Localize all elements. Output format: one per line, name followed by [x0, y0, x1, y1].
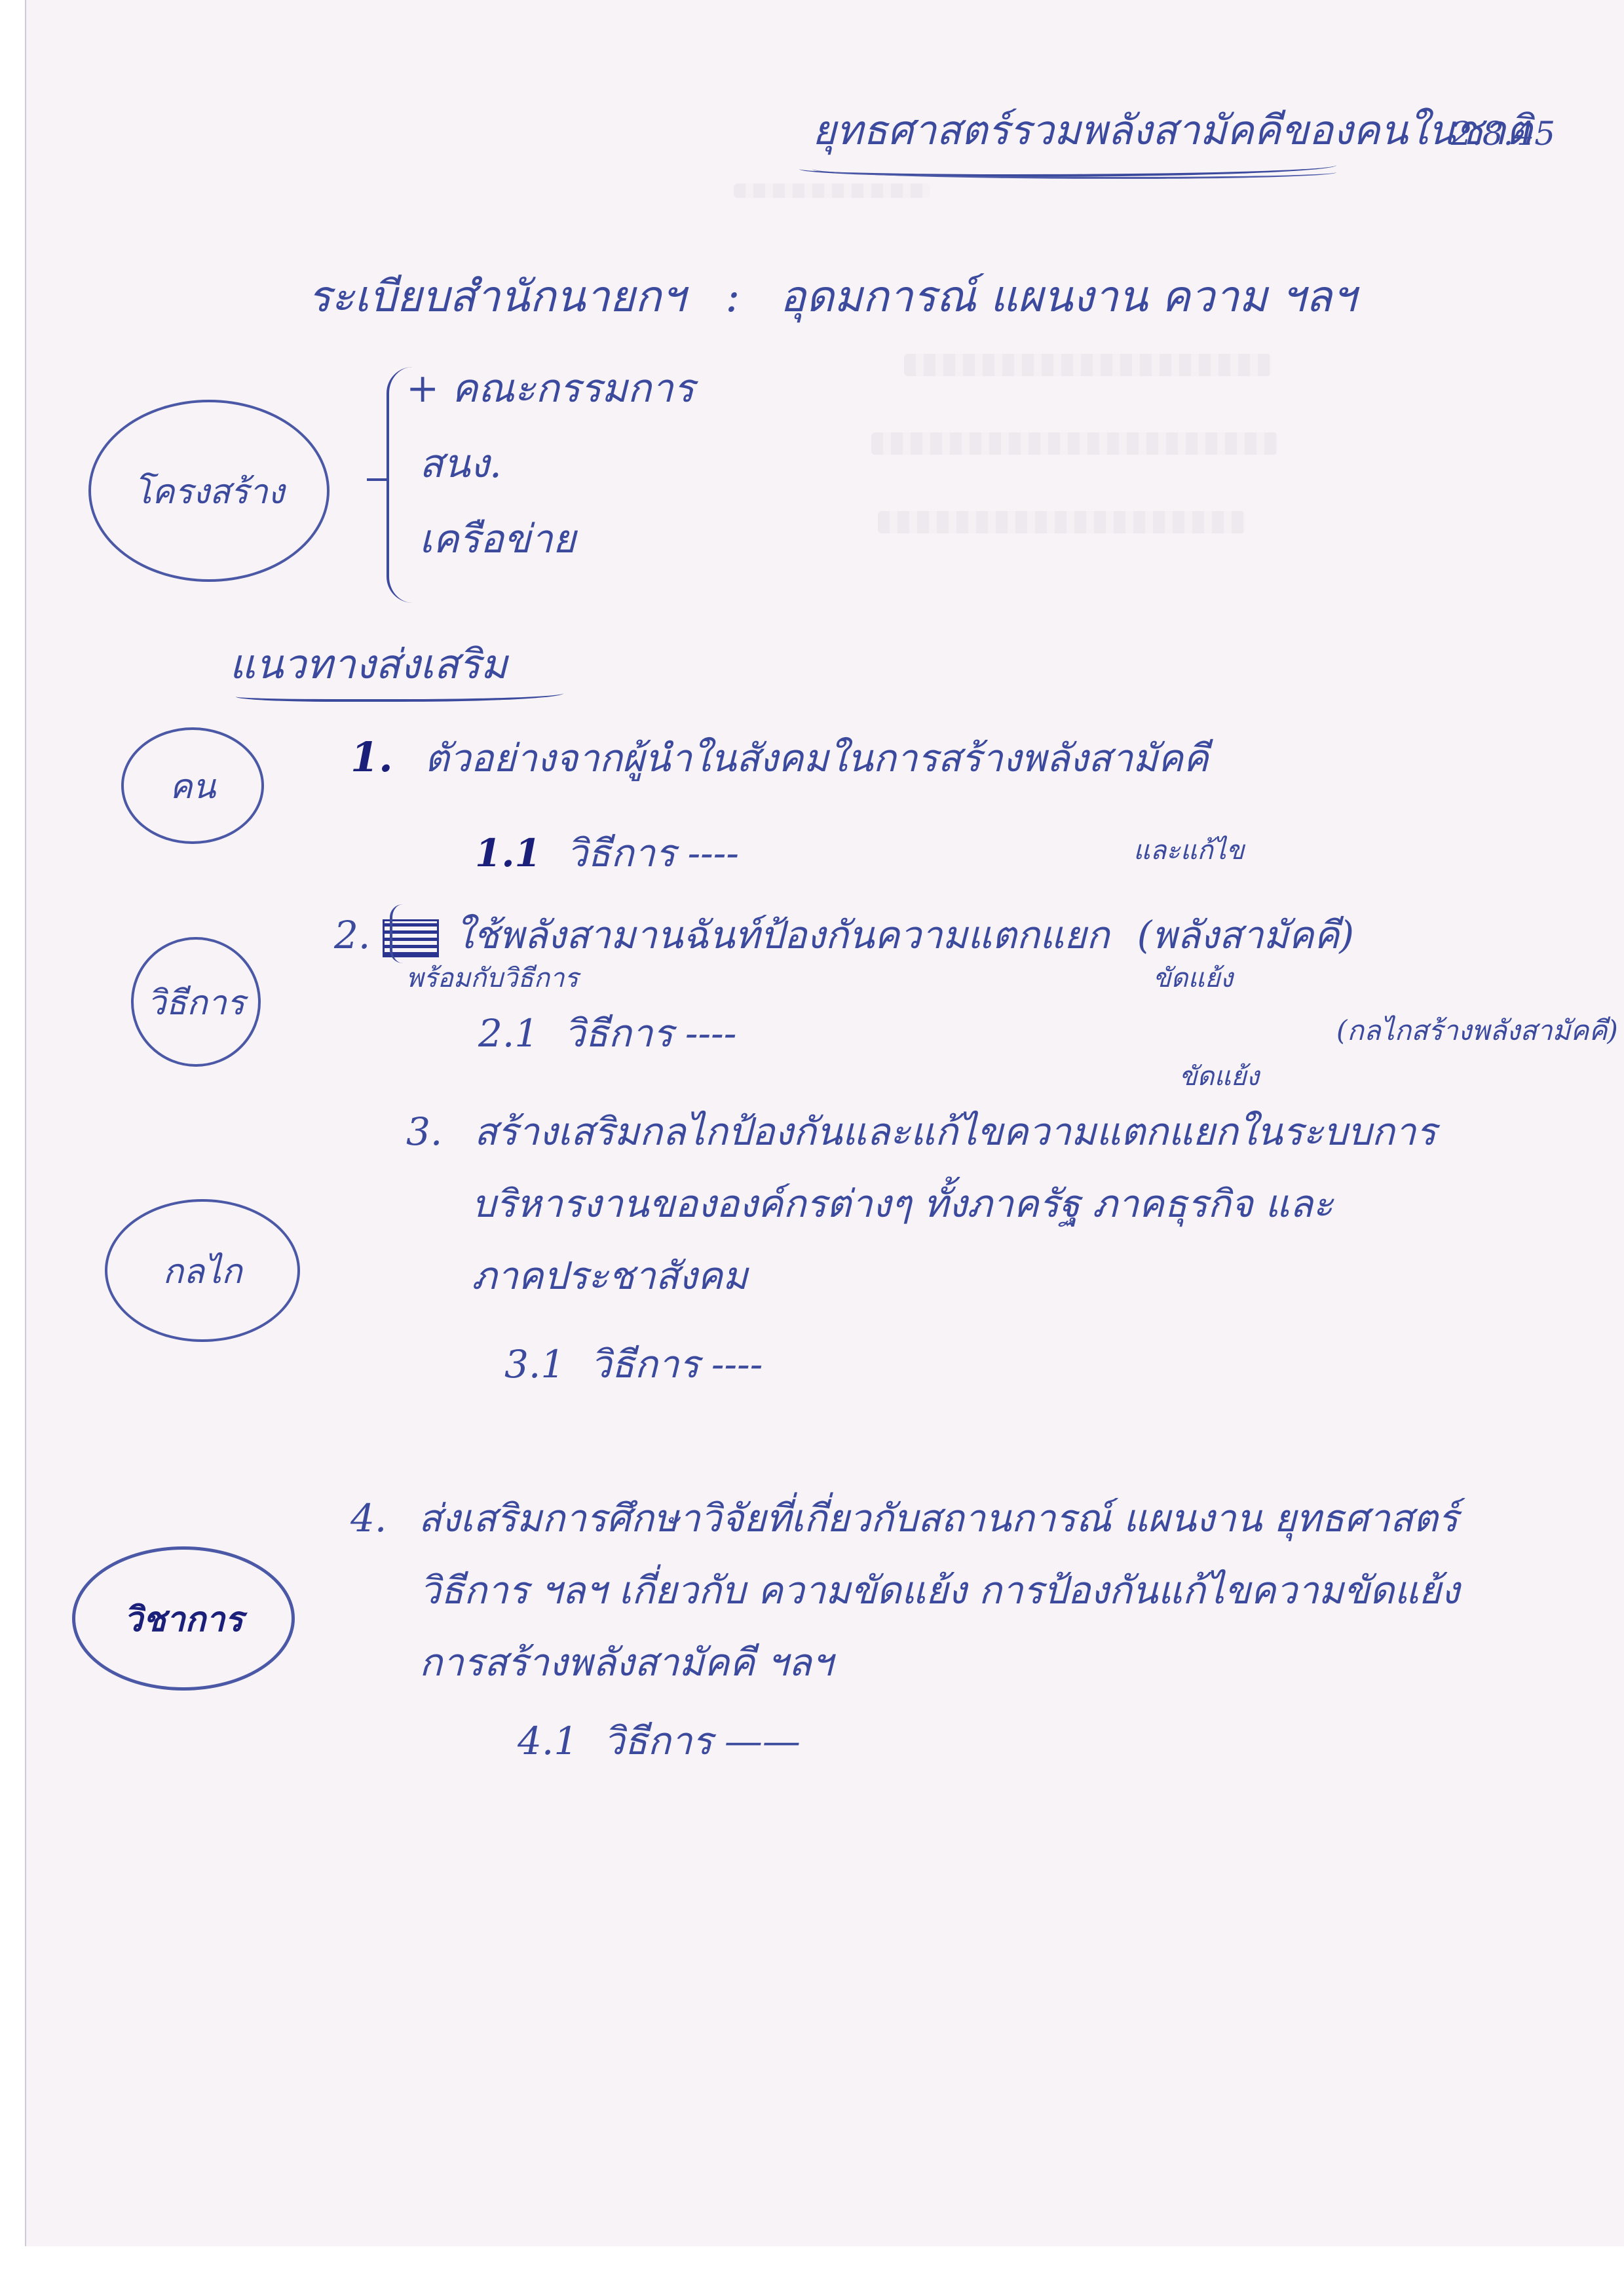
bleed-through-text	[871, 432, 1277, 455]
guideline-sub-4-1: 4.1 วิธีการ ——	[518, 1710, 801, 1771]
structure-circle-label: โครงสร้าง	[134, 464, 284, 518]
guideline-item-3-line-3: ภาคประชาสังคม	[472, 1245, 747, 1306]
sub-number: 3.1	[504, 1342, 565, 1387]
regulation-line: ระเบียบสำนักนายกฯ : อุดมการณ์ แผนงาน ควา…	[308, 262, 1356, 331]
item-line: ส่งเสริมการศึกษาวิจัยที่เกี่ยวกับสถานการ…	[419, 1496, 1458, 1540]
item-3-note-above: ขัดแย้ง	[1179, 1055, 1259, 1097]
guideline-item-4-line-2: วิธีการ ฯลฯ เกี่ยวกับ ความขัดแย้ง การป้อ…	[419, 1559, 1460, 1620]
sub-text: วิธีการ ----	[590, 1342, 763, 1387]
date: 2.8.45	[1451, 115, 1555, 153]
item-line: สร้างเสริมกลไกป้องกันและแก้ไขความแตกแยกใ…	[474, 1109, 1437, 1154]
people-circle: คน	[121, 727, 264, 844]
guideline-sub-2-1: 2.1 วิธีการ ----	[478, 1003, 736, 1063]
item-number: 1.	[350, 733, 393, 781]
people-circle-label: คน	[170, 759, 216, 813]
guideline-item-3-line-2: บริหารงานขององค์กรต่างๆ ทั้งภาครัฐ ภาคธุ…	[472, 1173, 1333, 1234]
item-suffix: (พลังสามัคคี)	[1137, 913, 1354, 957]
structure-item: + คณะกรรมการ	[406, 357, 694, 419]
structure-item: เครือข่าย	[419, 508, 576, 570]
academic-circle-label: วิชาการ	[124, 1592, 243, 1646]
sub-number: 2.1	[478, 1011, 538, 1056]
guideline-item-3: 3. สร้างเสริมกลไกป้องกันและแก้ไขความแตกแ…	[406, 1101, 1436, 1162]
bleed-through-text	[878, 511, 1245, 533]
sub-text: วิธีการ ----	[566, 831, 739, 875]
brace-tip	[367, 478, 389, 481]
mechanism-circle-label: กลไก	[163, 1244, 242, 1298]
item-2-note-above: และแก้ไข	[1133, 829, 1244, 871]
method-circle-label: วิธีการ	[147, 975, 245, 1029]
item-2-note-below: ขัดแย้ง	[1153, 957, 1233, 999]
bleed-through-text	[734, 183, 930, 198]
heading-underline	[236, 685, 563, 702]
item-text: ตัวอย่างจากผู้นำในสังคมในการสร้างพลังสาม…	[425, 736, 1209, 780]
structure-item: สนง.	[419, 432, 502, 495]
academic-circle: วิชาการ	[72, 1546, 295, 1691]
structure-circle: โครงสร้าง	[88, 400, 330, 582]
guideline-sub-3-1: 3.1 วิธีการ ----	[504, 1333, 763, 1394]
mechanism-circle: กลไก	[105, 1199, 300, 1342]
item-text: ใช้พลังสามานฉันท์ป้องกันความแตกแยก	[455, 913, 1109, 957]
item-number: 4.	[350, 1496, 387, 1540]
item-2-note-under-bracket: พร้อมกับวิธีการ	[406, 957, 578, 999]
sub-text: วิธีการ ——	[603, 1719, 801, 1763]
sub-number: 4.1	[518, 1719, 578, 1763]
guideline-sub-1-1: 1.1 วิธีการ ----	[475, 822, 739, 883]
regulation-separator: :	[725, 271, 740, 322]
item-number: 2.	[334, 913, 370, 957]
item-3-side-note: (กลไกสร้างพลังสามัคคี)	[1336, 1009, 1618, 1052]
item-2-bracket	[390, 904, 409, 963]
sub-number: 1.1	[475, 831, 541, 875]
guideline-item-4-line-3: การสร้างพลังสามัคคี ฯลฯ	[419, 1632, 833, 1693]
page-title: ยุทธศาสตร์รวมพลังสามัคคีของคนในชาติ	[812, 98, 1532, 163]
guideline-item-4: 4. ส่งเสริมการศึกษาวิจัยที่เกี่ยวกับสถาน…	[350, 1487, 1458, 1548]
regulation-label: ระเบียบสำนักนายกฯ	[308, 271, 685, 322]
regulation-text: อุดมการณ์ แผนงาน ความ ฯลฯ	[780, 271, 1356, 322]
item-number: 3.	[406, 1109, 442, 1154]
method-circle: วิธีการ	[131, 937, 261, 1067]
guideline-item-1: 1. ตัวอย่างจากผู้นำในสังคมในการสร้างพลัง…	[350, 727, 1209, 788]
sub-text: วิธีการ ----	[564, 1011, 737, 1056]
bleed-through-text	[904, 354, 1271, 376]
